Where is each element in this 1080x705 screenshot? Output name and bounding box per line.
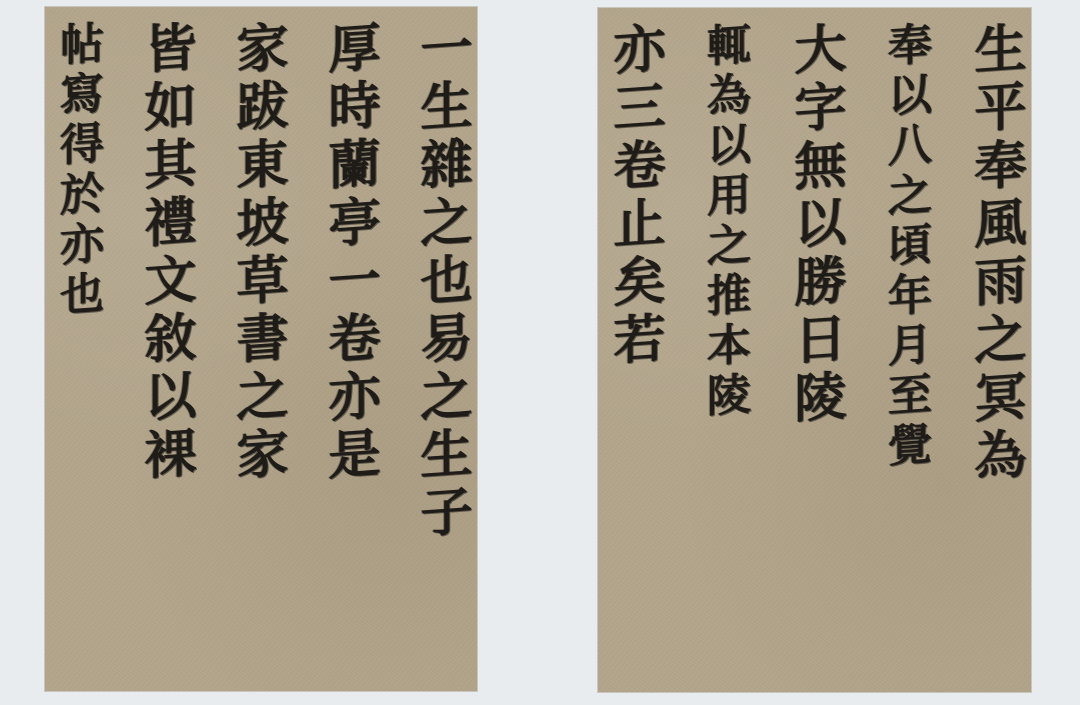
calligraphy-column: 亦三卷止矣若 — [608, 20, 660, 684]
calligraphy-column: 皆如其禮文敘以裸 — [139, 19, 191, 683]
calligraphy-column: 奉以八之頃年月至覺 — [883, 20, 927, 683]
calligraphy-column: 大字無以勝日陵 — [789, 20, 841, 684]
calligraphy-column: 家跋東坡草書之家 — [231, 19, 283, 683]
calligraphy-column: 一生雜之也易之生子 — [415, 19, 467, 683]
calligraphy-column: 輒為以用之推本陵 — [702, 20, 746, 683]
calligraphy-column: 帖寫得於亦也 — [55, 19, 99, 682]
text-columns-right: 生平奉風雨之冥為 奉以八之頃年月至覺 大字無以勝日陵 輒為以用之推本陵 亦三卷止… — [608, 22, 1021, 682]
calligraphy-column: 厚時蘭亭一卷亦是 — [323, 19, 375, 683]
calligraphy-column: 生平奉風雨之冥為 — [969, 20, 1021, 684]
calligraphy-leaf-right: 生平奉風雨之冥為 奉以八之頃年月至覺 大字無以勝日陵 輒為以用之推本陵 亦三卷止… — [598, 8, 1031, 692]
calligraphy-leaf-left: 一生雜之也易之生子 厚時蘭亭一卷亦是 家跋東坡草書之家 皆如其禮文敘以裸 帖寫得… — [45, 7, 477, 691]
text-columns-left: 一生雜之也易之生子 厚時蘭亭一卷亦是 家跋東坡草書之家 皆如其禮文敘以裸 帖寫得… — [55, 21, 467, 681]
